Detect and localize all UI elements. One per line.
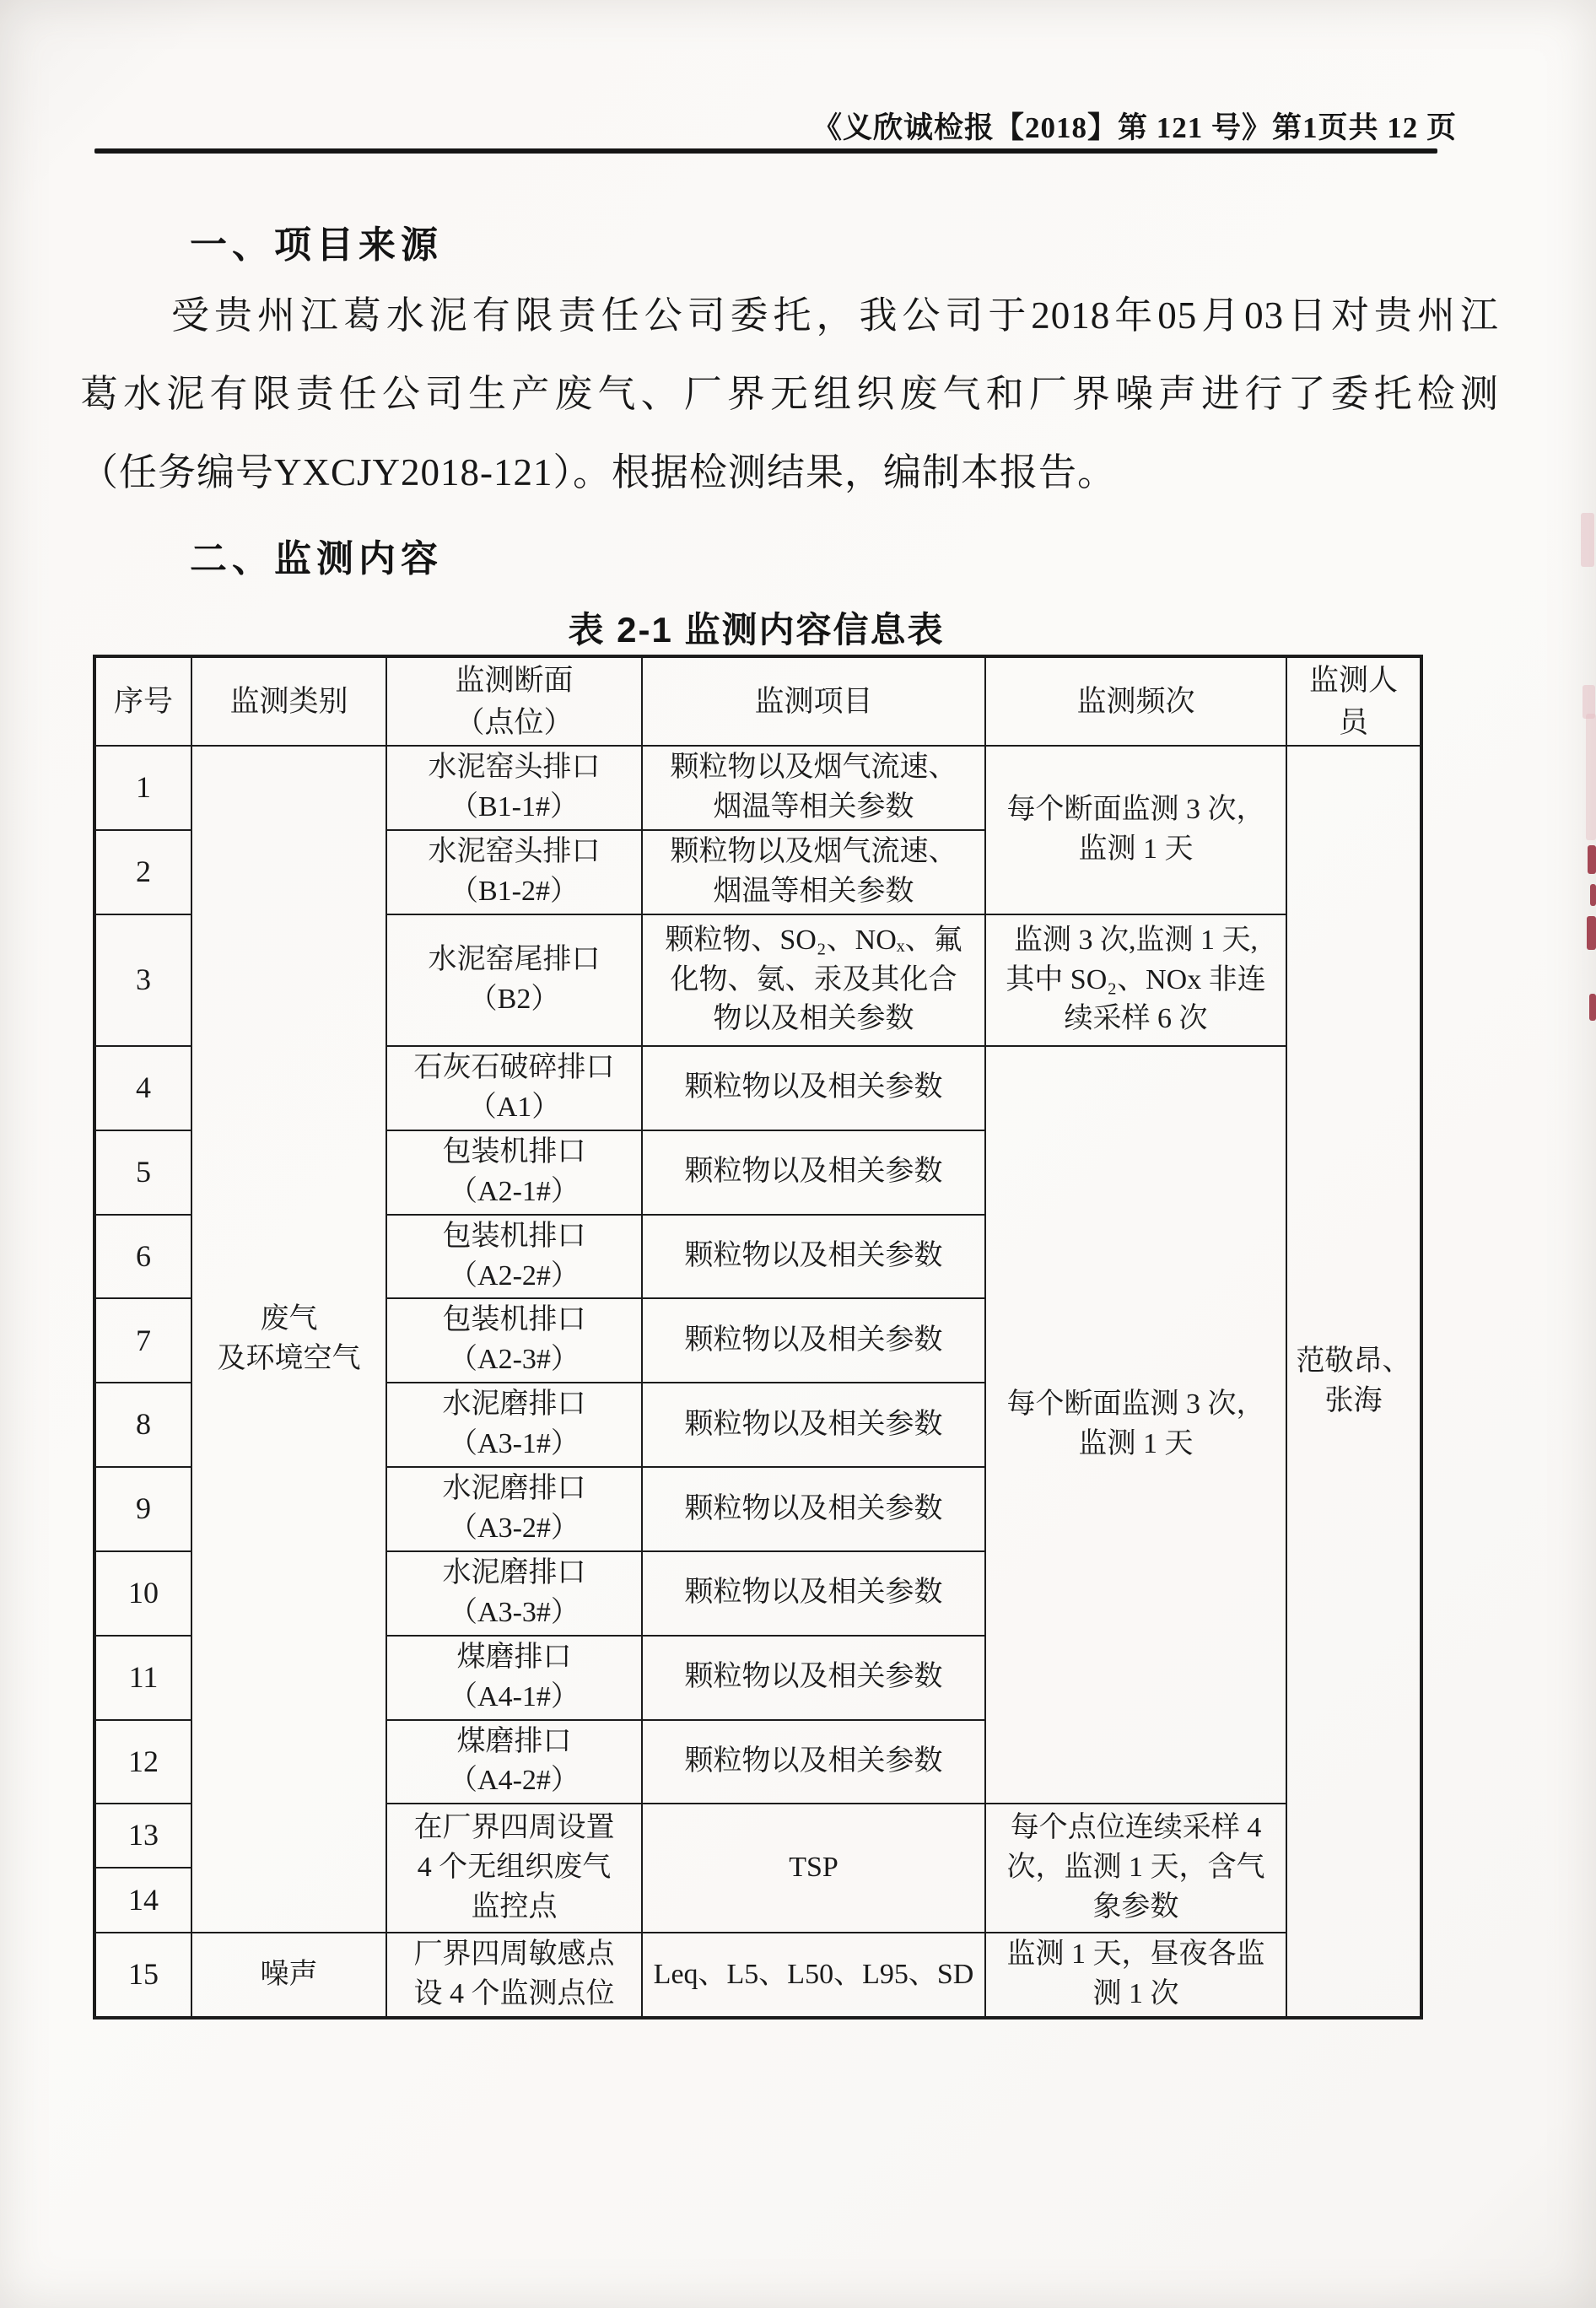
row5-no: 5 (94, 1130, 191, 1215)
row1-section: 水泥窑头排口 （B1-1#） (386, 746, 642, 830)
row6-no: 6 (94, 1215, 191, 1299)
paragraph-line: 受贵州江葛水泥有限责任公司委托，我公司于2018年05月03日对贵州江 (80, 277, 1499, 355)
row4-no: 4 (94, 1046, 191, 1130)
personnel-cell: 范敬昂、 张海 (1286, 746, 1421, 2018)
red-edge-mark (1587, 916, 1596, 950)
row5-item: 颗粒物以及相关参数 (642, 1130, 985, 1215)
col-header-frequency: 监测频次 (985, 656, 1286, 746)
row1-no: 1 (94, 746, 191, 830)
row11-item: 颗粒物以及相关参数 (642, 1636, 985, 1720)
row5-section: 包装机排口 （A2-1#） (386, 1130, 642, 1215)
row8-item: 颗粒物以及相关参数 (642, 1383, 985, 1467)
row10-section: 水泥磨排口 （A3-3#） (386, 1551, 642, 1636)
row12-item: 颗粒物以及相关参数 (642, 1720, 985, 1804)
row11-section: 煤磨排口 （A4-1#） (386, 1636, 642, 1720)
table-header-row: 序号 监测类别 监测断面 （点位） 监测项目 监测频次 监测人 员 (94, 656, 1421, 746)
section-1-heading: 一、项目来源 (190, 214, 443, 268)
red-edge-mark (1590, 884, 1596, 906)
row7-item: 颗粒物以及相关参数 (642, 1298, 985, 1383)
row7-section: 包装机排口 （A2-3#） (386, 1298, 642, 1383)
row10-no: 10 (94, 1551, 191, 1636)
row15-section: 厂界四周敏感点 设 4 个监测点位 (386, 1933, 642, 2018)
freq-rows-13-14: 每个点位连续采样 4 次，监测 1 天，含气 象参数 (985, 1804, 1286, 1933)
red-edge-mark (1588, 845, 1596, 874)
table-row: 1 废气 及环境空气 水泥窑头排口 （B1-1#） 颗粒物以及烟气流速、 烟温等… (94, 746, 1421, 830)
row12-section: 煤磨排口 （A4-2#） (386, 1720, 642, 1804)
scan-smudge (1581, 513, 1594, 567)
row15-item: Leq、L5、L50、L95、SD (642, 1933, 985, 2018)
table-row: 15 噪声 厂界四周敏感点 设 4 个监测点位 Leq、L5、L50、L95、S… (94, 1933, 1421, 2018)
row15-no: 15 (94, 1933, 191, 2018)
freq-row-3: 监测 3 次,监测 1 天, 其中 SO₂、NOx 非连 续采样 6 次 (985, 914, 1286, 1046)
row3-item: 颗粒物、SO₂、NOₓ、氟 化物、氨、汞及其化合 物以及相关参数 (642, 914, 985, 1046)
freq-rows-4-12: 每个断面监测 3 次， 监测 1 天 (985, 1046, 1286, 1804)
row8-section: 水泥磨排口 （A3-1#） (386, 1383, 642, 1467)
freq-rows-1-2: 每个断面监测 3 次， 监测 1 天 (985, 746, 1286, 914)
row3-section: 水泥窑尾排口 （B2） (386, 914, 642, 1046)
col-header-section: 监测断面 （点位） (386, 656, 642, 746)
category-gas-cell: 废气 及环境空气 (191, 746, 386, 1933)
row6-item: 颗粒物以及相关参数 (642, 1215, 985, 1299)
paragraph-line: 葛水泥有限责任公司生产废气、厂界无组织废气和厂界噪声进行了委托检测 (80, 355, 1499, 434)
col-header-category: 监测类别 (191, 656, 386, 746)
intro-paragraph: 受贵州江葛水泥有限责任公司委托，我公司于2018年05月03日对贵州江 葛水泥有… (80, 277, 1499, 512)
row8-no: 8 (94, 1383, 191, 1467)
red-edge-mark (1589, 994, 1596, 1021)
header-divider (94, 148, 1437, 154)
scan-smudge (1586, 714, 1596, 840)
section-2-heading: 二、监测内容 (190, 528, 443, 582)
row9-section: 水泥磨排口 （A3-2#） (386, 1467, 642, 1551)
row12-no: 12 (94, 1720, 191, 1804)
row13-14-item: TSP (642, 1804, 985, 1933)
table-title: 表 2-1 监测内容信息表 (93, 602, 1420, 653)
report-page: 《义欣诚检报【2018】第 121 号》第1页共 12 页 一、项目来源 受贵州… (0, 0, 1596, 2308)
row6-section: 包装机排口 （A2-2#） (386, 1215, 642, 1299)
row14-no: 14 (94, 1868, 191, 1933)
row10-item: 颗粒物以及相关参数 (642, 1551, 985, 1636)
col-header-personnel: 监测人 员 (1286, 656, 1421, 746)
row13-no: 13 (94, 1804, 191, 1868)
row1-item: 颗粒物以及烟气流速、 烟温等相关参数 (642, 746, 985, 830)
row4-section: 石灰石破碎排口 （A1） (386, 1046, 642, 1130)
row2-section: 水泥窑头排口 （B1-2#） (386, 830, 642, 914)
category-noise-cell: 噪声 (191, 1933, 386, 2018)
col-header-no: 序号 (94, 656, 191, 746)
freq-row-15: 监测 1 天，昼夜各监 测 1 次 (985, 1933, 1286, 2018)
monitoring-content-table: 序号 监测类别 监测断面 （点位） 监测项目 监测频次 监测人 员 1 废气 及… (93, 655, 1423, 2019)
doc-reference-header: 《义欣诚检报【2018】第 121 号》第1页共 12 页 (812, 105, 1457, 147)
paragraph-line: （任务编号YXCJY2018-121）。根据检测结果，编制本报告。 (80, 434, 1499, 512)
row11-no: 11 (94, 1636, 191, 1720)
row7-no: 7 (94, 1298, 191, 1383)
row2-item: 颗粒物以及烟气流速、 烟温等相关参数 (642, 830, 985, 914)
row9-no: 9 (94, 1467, 191, 1551)
row3-no: 3 (94, 914, 191, 1046)
col-header-item: 监测项目 (642, 656, 985, 746)
row4-item: 颗粒物以及相关参数 (642, 1046, 985, 1130)
row2-no: 2 (94, 830, 191, 914)
row13-14-section: 在厂界四周设置 4 个无组织废气 监控点 (386, 1804, 642, 1933)
row9-item: 颗粒物以及相关参数 (642, 1467, 985, 1551)
